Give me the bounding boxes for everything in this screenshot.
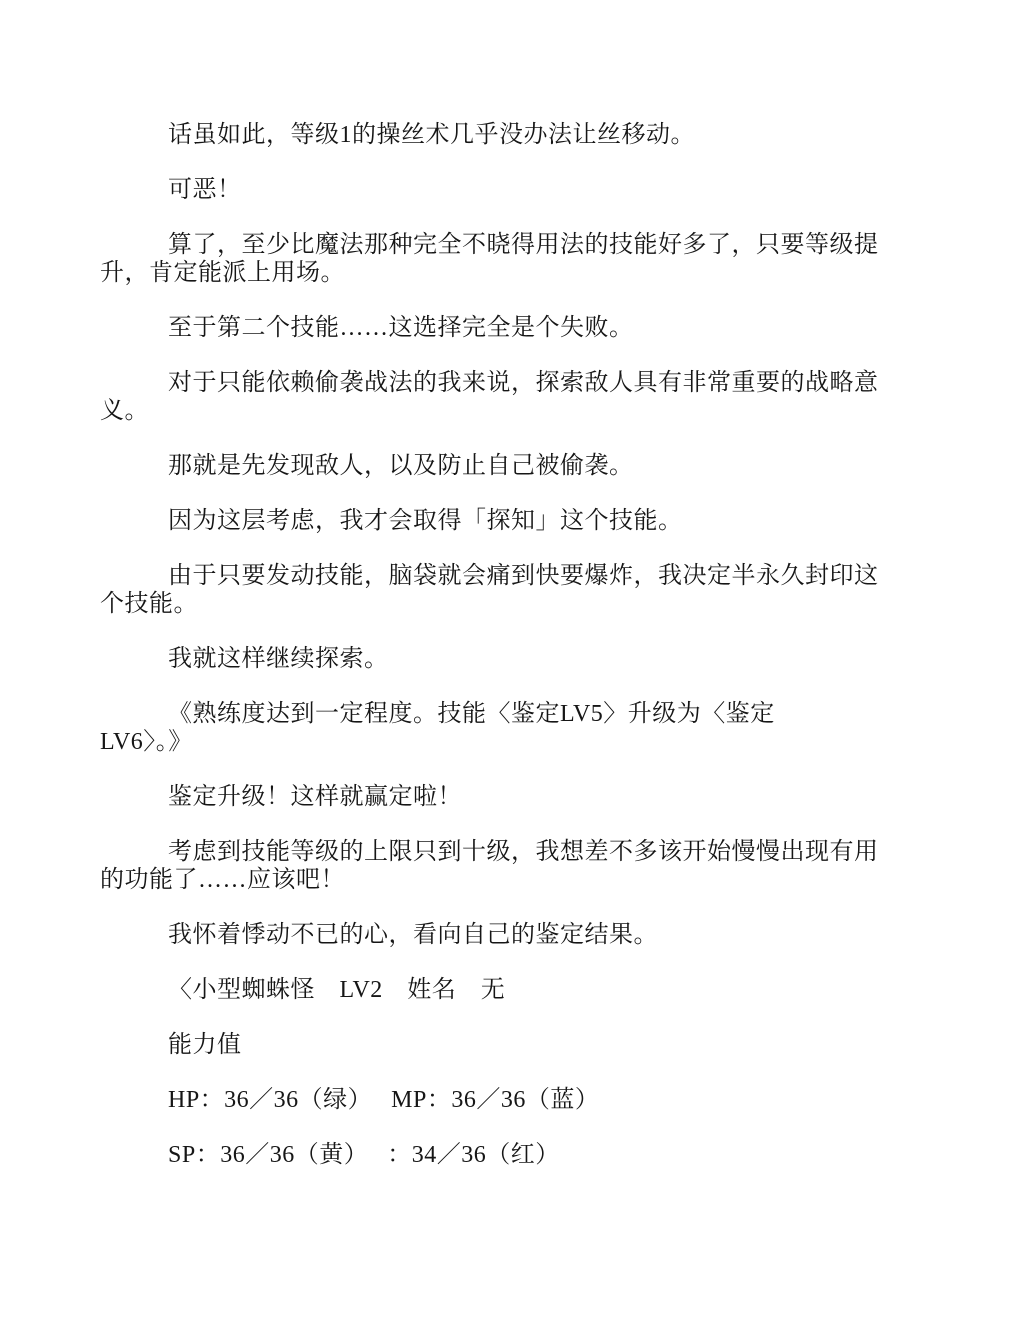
text-line: LV6〉。》: [100, 728, 912, 756]
text-body: 话虽如此，等级1的操丝术几乎没办法让丝移动。可恶！算了，至少比魔法那种完全不晓得…: [100, 121, 912, 1196]
text-line: 算了，至少比魔法那种完全不晓得用法的技能好多了，只要等级提: [100, 231, 912, 259]
paragraph: 能力值: [100, 1031, 912, 1059]
text-line: 义。: [100, 397, 912, 425]
text-line: 至于第二个技能……这选择完全是个失败。: [100, 314, 912, 342]
text-line: 能力值: [100, 1031, 912, 1059]
text-line: 《熟练度达到一定程度。技能〈鉴定LV5〉升级为〈鉴定: [100, 700, 912, 728]
text-line: 因为这层考虑，我才会取得「探知」这个技能。: [100, 507, 912, 535]
paragraph: 《熟练度达到一定程度。技能〈鉴定LV5〉升级为〈鉴定LV6〉。》: [100, 700, 912, 756]
paragraph: 由于只要发动技能，脑袋就会痛到快要爆炸，我决定半永久封印这个技能。: [100, 562, 912, 618]
paragraph: 那就是先发现敌人，以及防止自己被偷袭。: [100, 452, 912, 480]
paragraph: 我就这样继续探索。: [100, 645, 912, 673]
text-line: 鉴定升级！这样就赢定啦！: [100, 783, 912, 811]
screenshot-root: { "page": { "background_color": "#ffffff…: [0, 0, 1020, 1320]
paragraph: 考虑到技能等级的上限只到十级，我想差不多该开始慢慢出现有用的功能了……应该吧！: [100, 838, 912, 894]
text-line: 我怀着悸动不已的心，看向自己的鉴定结果。: [100, 921, 912, 949]
text-line: 对于只能依赖偷袭战法的我来说，探索敌人具有非常重要的战略意: [100, 369, 912, 397]
text-line: HP：36／36（绿） MP：36／36（蓝）: [100, 1086, 912, 1114]
text-line: 可恶！: [100, 176, 912, 204]
text-line: 个技能。: [100, 590, 912, 618]
book-page: 话虽如此，等级1的操丝术几乎没办法让丝移动。可恶！算了，至少比魔法那种完全不晓得…: [0, 0, 1020, 1320]
text-line: 〈小型蜘蛛怪 LV2 姓名 无: [100, 976, 912, 1004]
text-line: 的功能了……应该吧！: [100, 866, 912, 894]
paragraph: 鉴定升级！这样就赢定啦！: [100, 783, 912, 811]
paragraph: 因为这层考虑，我才会取得「探知」这个技能。: [100, 507, 912, 535]
paragraph: 可恶！: [100, 176, 912, 204]
paragraph: 至于第二个技能……这选择完全是个失败。: [100, 314, 912, 342]
text-line: 那就是先发现敌人，以及防止自己被偷袭。: [100, 452, 912, 480]
paragraph: 我怀着悸动不已的心，看向自己的鉴定结果。: [100, 921, 912, 949]
paragraph: 算了，至少比魔法那种完全不晓得用法的技能好多了，只要等级提升，肯定能派上用场。: [100, 231, 912, 287]
paragraph: 〈小型蜘蛛怪 LV2 姓名 无: [100, 976, 912, 1004]
paragraph: 话虽如此，等级1的操丝术几乎没办法让丝移动。: [100, 121, 912, 149]
text-line: 我就这样继续探索。: [100, 645, 912, 673]
paragraph: HP：36／36（绿） MP：36／36（蓝）: [100, 1086, 912, 1114]
text-line: 话虽如此，等级1的操丝术几乎没办法让丝移动。: [100, 121, 912, 149]
paragraph: 对于只能依赖偷袭战法的我来说，探索敌人具有非常重要的战略意义。: [100, 369, 912, 425]
text-line: 升，肯定能派上用场。: [100, 259, 912, 287]
paragraph: SP：36／36（黄） ：34／36（红）: [100, 1141, 912, 1169]
text-line: 考虑到技能等级的上限只到十级，我想差不多该开始慢慢出现有用: [100, 838, 912, 866]
text-line: SP：36／36（黄） ：34／36（红）: [100, 1141, 912, 1169]
text-line: 由于只要发动技能，脑袋就会痛到快要爆炸，我决定半永久封印这: [100, 562, 912, 590]
